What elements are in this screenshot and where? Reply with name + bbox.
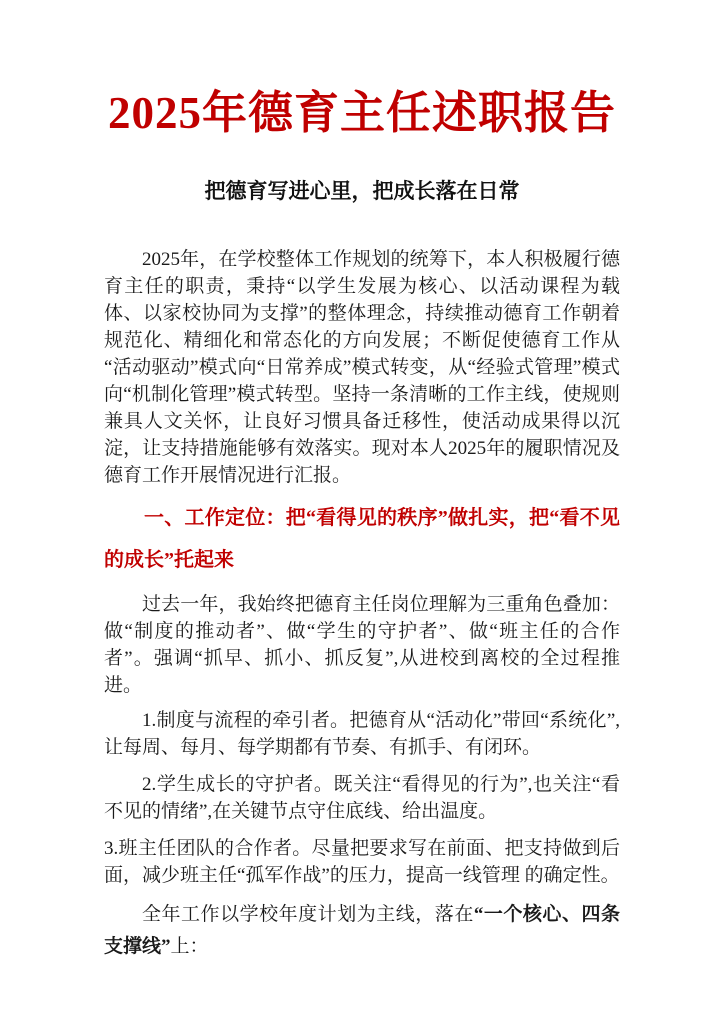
paragraph-intro: 2025年，在学校整体工作规划的统筹下，本人积极履行德育主任的职责，秉持“以学生… — [104, 246, 620, 489]
year-mainline-prefix: 全年工作以学校年度计划为主线，落在 — [142, 904, 474, 925]
section-heading-work-positioning: 一、工作定位：把“看得见的秩序”做扎实，把“看不见的成长”托起来 — [104, 497, 620, 581]
paragraph-year-mainline: 全年工作以学校年度计划为主线，落在“一个核心、四条支撑线”上： — [104, 899, 620, 963]
document-title: 2025年德育主任述职报告 — [104, 86, 620, 140]
paragraph-role-item-2: 2.学生成长的守护者。既关注“看得见的行为”,也关注“看不见的情绪”,在关键节点… — [104, 771, 620, 825]
paragraph-role-item-1: 1.制度与流程的牵引者。把德育从“活动化”带回“系统化”,让每周、每月、每学期都… — [104, 707, 620, 761]
paragraph-roles-overview: 过去一年，我始终把德育主任岗位理解为三重角色叠加：做“制度的推动者”、做“学生的… — [104, 591, 620, 699]
document-page: 2025年德育主任述职报告 把德育写进心里，把成长落在日常 2025年，在学校整… — [0, 0, 724, 1024]
year-mainline-suffix: 上： — [171, 936, 209, 957]
document-subtitle: 把德育写进心里，把成长落在日常 — [104, 178, 620, 204]
paragraph-role-item-3: 3.班主任团队的合作者。尽量把要求写在前面、把支持做到后面，减少班主任“孤军作战… — [104, 835, 620, 889]
